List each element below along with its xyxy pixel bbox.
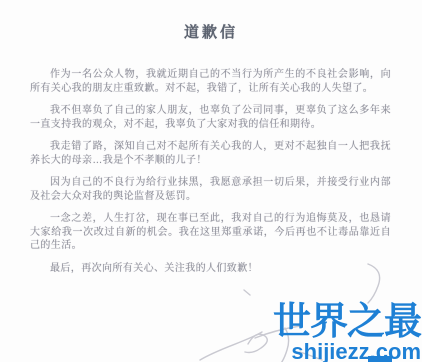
letter-title: 道歉信	[0, 0, 422, 42]
watermark-blue-bar	[368, 356, 392, 362]
letter-paragraph-1: 作为一名公众人物，我就近期自己的不当行为所产生的不良社会影响，向所有关心我的朋友…	[30, 68, 391, 95]
watermark: 世界之最 shijiezz.com	[273, 304, 421, 362]
letter-paragraph-2: 我不但辜负了自己的家人朋友，也辜负了公司同事，更辜负了这么多年来一直支持我的观众…	[30, 104, 391, 131]
letter-paragraph-6: 最后，再次向所有关心、关注我的人们致歉！	[30, 262, 391, 276]
watermark-logo-text: 世界之最	[273, 304, 421, 341]
letter-paragraph-5: 一念之差，人生打岔，现在事已至此，我对自己的行为追悔莫及，也恳请大家给我一次改过…	[30, 212, 391, 253]
letter-paragraph-4: 因为自己的不良行为给行业抹黑，我愿意承担一切后果，并接受行业内部及社会大众对我的…	[30, 176, 391, 203]
letter-paragraph-3: 我走错了路，深知自己对不起所有关心我的人，更对不起独自一人把我抚养长大的母亲…我…	[30, 140, 391, 167]
watermark-domain-text: shijiezz.com	[273, 341, 421, 362]
apology-letter-page: 道歉信 作为一名公众人物，我就近期自己的不当行为所产生的不良社会影响，向所有关心…	[0, 0, 422, 362]
letter-body: 作为一名公众人物，我就近期自己的不当行为所产生的不良社会影响，向所有关心我的朋友…	[0, 68, 422, 275]
